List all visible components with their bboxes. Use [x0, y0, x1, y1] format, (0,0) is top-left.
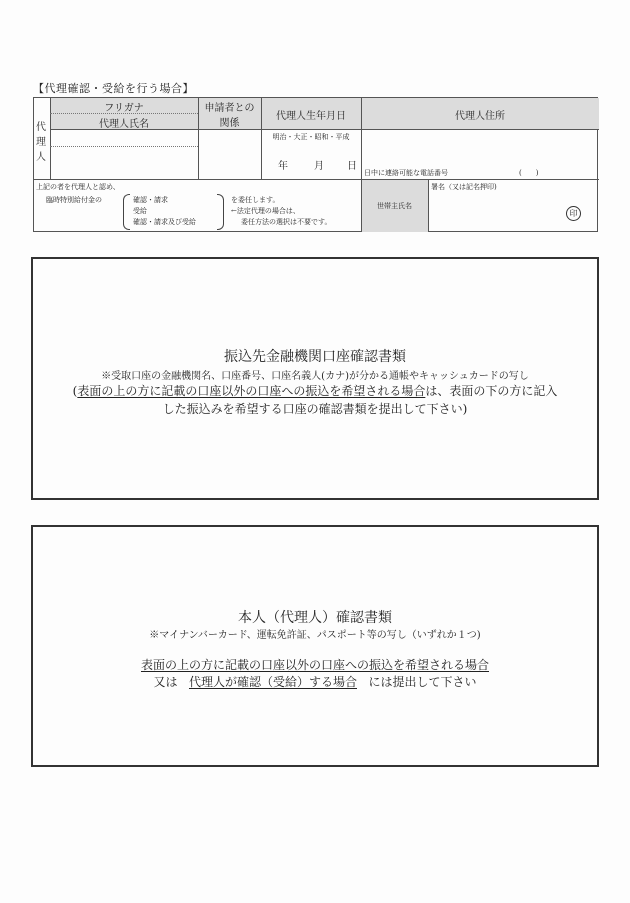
seal-icon: 印: [566, 206, 581, 221]
legal-proxy-note: ←法定代理の場合は、: [231, 206, 300, 216]
option-receive[interactable]: 受給: [133, 206, 147, 216]
id-box-line4: 又は 代理人が確認（受給）する場合 には提出して下さい: [33, 673, 597, 690]
phone-input[interactable]: ( ): [519, 168, 538, 178]
address-header: 代理人住所: [361, 107, 599, 122]
relation-input[interactable]: [199, 130, 260, 178]
relation-header-line2: 関係: [198, 114, 261, 129]
signature-label: 署名（又は記名押印): [431, 182, 497, 192]
bank-box-title: 振込先金融機関口座確認書類: [33, 346, 597, 366]
option-confirm-request-receive[interactable]: 確認・請求及び受給: [133, 217, 196, 227]
proxy-side-label: 代 理 人: [36, 120, 46, 165]
section-title: 【代理確認・受給を行う場合】: [33, 80, 194, 96]
id-document-box: 本人（代理人）確認書類 ※マイナンバーカード、運転免許証、パスポート等の写し（い…: [31, 525, 599, 767]
birth-month-unit: 月: [314, 157, 324, 172]
bank-box-underlined: 表面の上の方に記載の口座以外の口座への振込を希望される場合: [77, 384, 425, 398]
proxy-name-header: 代理人氏名: [50, 115, 198, 130]
left-bracket: [123, 194, 130, 230]
bank-box-note: ※受取口座の金融機関名、口座番号、口座名義人(カナ)が分かる通帳やキャッシュカー…: [33, 367, 597, 382]
right-bracket: [217, 194, 224, 230]
seal-mark: 印: [566, 201, 581, 221]
address-input[interactable]: [362, 130, 598, 162]
id-box-title: 本人（代理人）確認書類: [33, 607, 597, 627]
legal-proxy-note-2: 委任方法の選択は不要です。: [241, 217, 331, 227]
id-box-line3: 表面の上の方に記載の口座以外の口座への振込を希望される場合: [33, 656, 597, 673]
bank-box-line4: した振込みを希望する口座の確認書類を提出して下さい): [33, 400, 597, 417]
bank-box-line3: (表面の上の方に記載の口座以外の口座への振込を希望される場合は、表面の下の方に記…: [33, 382, 597, 399]
option-confirm-request[interactable]: 確認・請求: [133, 195, 168, 205]
birth-era-options[interactable]: 明治・大正・昭和・平成: [261, 132, 361, 142]
furigana-input[interactable]: [51, 130, 197, 146]
id-box-note: ※マイナンバーカード、運転免許証、パスポート等の写し（いずれか１つ): [33, 626, 597, 641]
bank-document-box: 振込先金融機関口座確認書類 ※受取口座の金融機関名、口座番号、口座名義人(カナ)…: [31, 257, 599, 500]
household-head-label: 世帯主氏名: [361, 201, 428, 211]
birth-year-unit: 年: [278, 157, 288, 172]
relation-header-line1: 申請者との: [198, 99, 261, 114]
phone-label: 日中に連絡可能な電話番号: [364, 168, 448, 178]
delegation-prefix: 臨時特別給付金の: [46, 195, 102, 205]
birth-day-unit: 日: [347, 157, 357, 172]
proxy-name-input[interactable]: [51, 147, 197, 178]
birthdate-header: 代理人生年月日: [261, 107, 361, 122]
proxy-table: 代 理 人 フリガナ 代理人氏名 申請者との 関係 代理人生年月日 代理人住所 …: [33, 97, 598, 232]
delegation-intro: 上記の者を代理人と認め、: [36, 182, 120, 192]
delegation-suffix: を委任します。: [231, 195, 279, 205]
furigana-header: フリガナ: [50, 99, 198, 114]
